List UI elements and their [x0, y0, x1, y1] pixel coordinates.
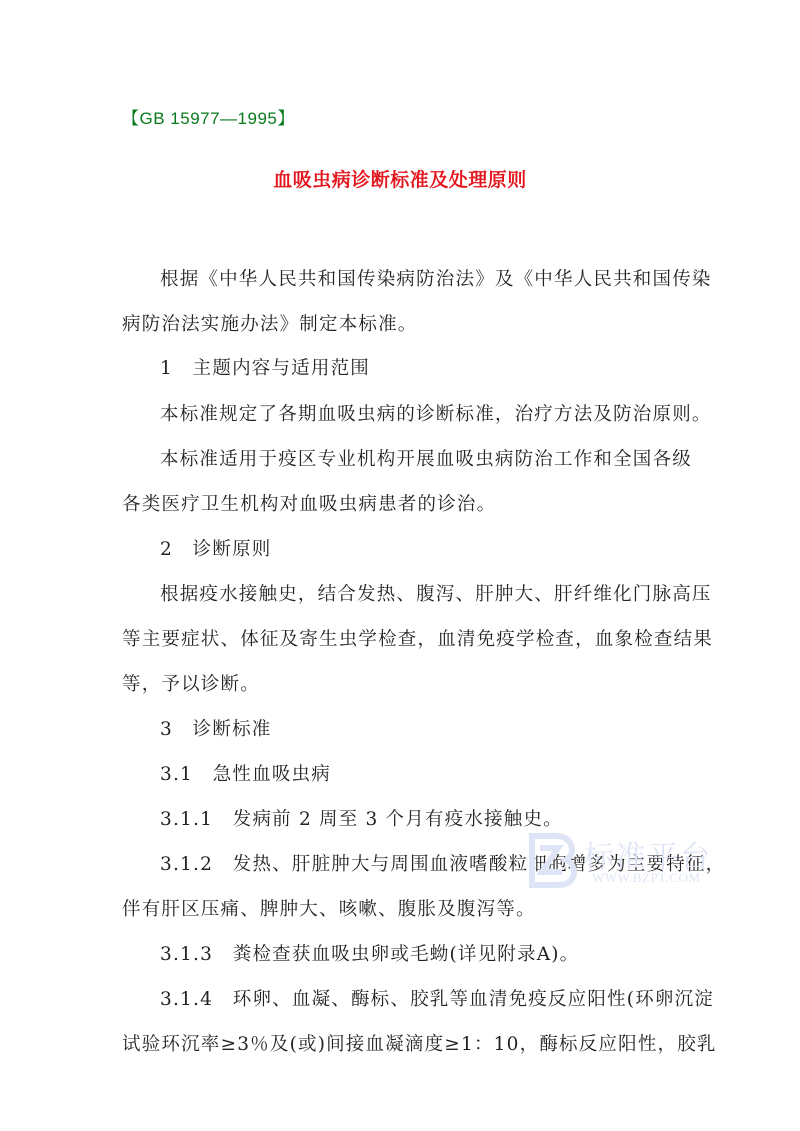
paragraph-line: 3 诊断标准 [160, 718, 271, 742]
paragraph-line: 3.1.2 发热、肝脏肿大与周围血液嗜酸粒细胞增多为主要特征， [160, 853, 725, 877]
paragraph-line: 根据疫水接触史，结合发热、腹泻、肝肿大、肝纤维化门脉高压 [160, 583, 712, 607]
paragraph-line: 本标准规定了各期血吸虫病的诊断标准，治疗方法及防治原则。 [160, 403, 712, 427]
document-title: 血吸虫病诊断标准及处理原则 [0, 165, 800, 192]
document-page: 【GB 15977—1995】 血吸虫病诊断标准及处理原则 根据《中华人民共和国… [0, 0, 800, 1131]
paragraph-line: 3.1.1 发病前 2 周至 3 个月有疫水接触史。 [160, 808, 563, 832]
standard-code: 【GB 15977—1995】 [122, 104, 295, 129]
paragraph-line: 伴有肝区压痛、脾肿大、咳嗽、腹胀及腹泻等。 [122, 898, 536, 922]
paragraph-line: 3.1 急性血吸虫病 [160, 763, 331, 787]
paragraph-line: 等，予以诊断。 [122, 673, 260, 697]
paragraph-line: 本标准适用于疫区专业机构开展血吸虫病防治工作和全国各级 [160, 448, 692, 472]
paragraph-line: 等主要症状、体征及寄生虫学检查，血清免疫学检查，血象检查结果 [122, 628, 713, 652]
paragraph-line: 病防治法实施办法》制定本标准。 [122, 313, 418, 337]
paragraph-line: 试验环沉率≥3％及(或)间接血凝滴度≥1：10，酶标反应阳性，胶乳 [122, 1033, 717, 1057]
paragraph-line: 2 诊断原则 [160, 538, 271, 562]
paragraph-line: 根据《中华人民共和国传染病防治法》及《中华人民共和国传染 [160, 268, 712, 292]
paragraph-line: 各类医疗卫生机构对血吸虫病患者的诊治。 [122, 493, 496, 517]
paragraph-line: 3.1.4 环卵、血凝、酶标、胶乳等血清免疫反应阳性(环卵沉淀 [160, 988, 714, 1012]
paragraph-line: 1 主题内容与适用范围 [160, 357, 370, 381]
paragraph-line: 3.1.3 粪检查获血吸虫卵或毛蚴(详见附录A)。 [160, 943, 579, 967]
